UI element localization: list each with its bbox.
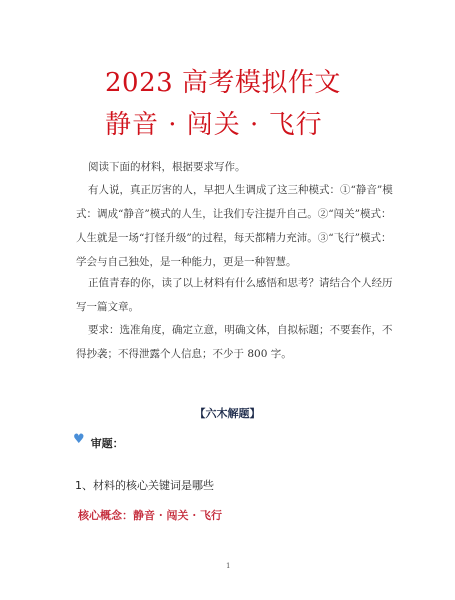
prompt-requirements: 要求：选准角度，确定立意，明确文体，自拟标题；不要套作，不得抄袭；不得泄露个人信… bbox=[76, 318, 398, 366]
heart-icon: ♥ bbox=[73, 432, 85, 447]
subheading: ♥ 审题： bbox=[73, 435, 124, 451]
prompt-intro: 阅读下面的材料，根据要求写作。 bbox=[88, 155, 410, 179]
subheading-label: 审题： bbox=[91, 435, 124, 451]
section-title: 【六木解题】 bbox=[0, 405, 455, 421]
prompt-task: 正值青春的你，读了以上材料有什么感悟和思考？请结合个人经历写一篇文章。 bbox=[76, 271, 398, 319]
question-1: 1、材料的核心关键词是哪些 bbox=[75, 477, 214, 493]
page-number: 1 bbox=[226, 562, 230, 570]
core-concept: 核心概念：静音 · 闯关 · 飞行 bbox=[78, 507, 222, 523]
document-subtitle: 静音 · 闯关 · 飞行 bbox=[105, 104, 323, 141]
document-title: 2023 高考模拟作文 bbox=[105, 62, 341, 99]
prompt-material: 有人说，真正厉害的人，早把人生调成了这三种模式：①“静音”模式：调成“静音”模式… bbox=[76, 178, 398, 274]
